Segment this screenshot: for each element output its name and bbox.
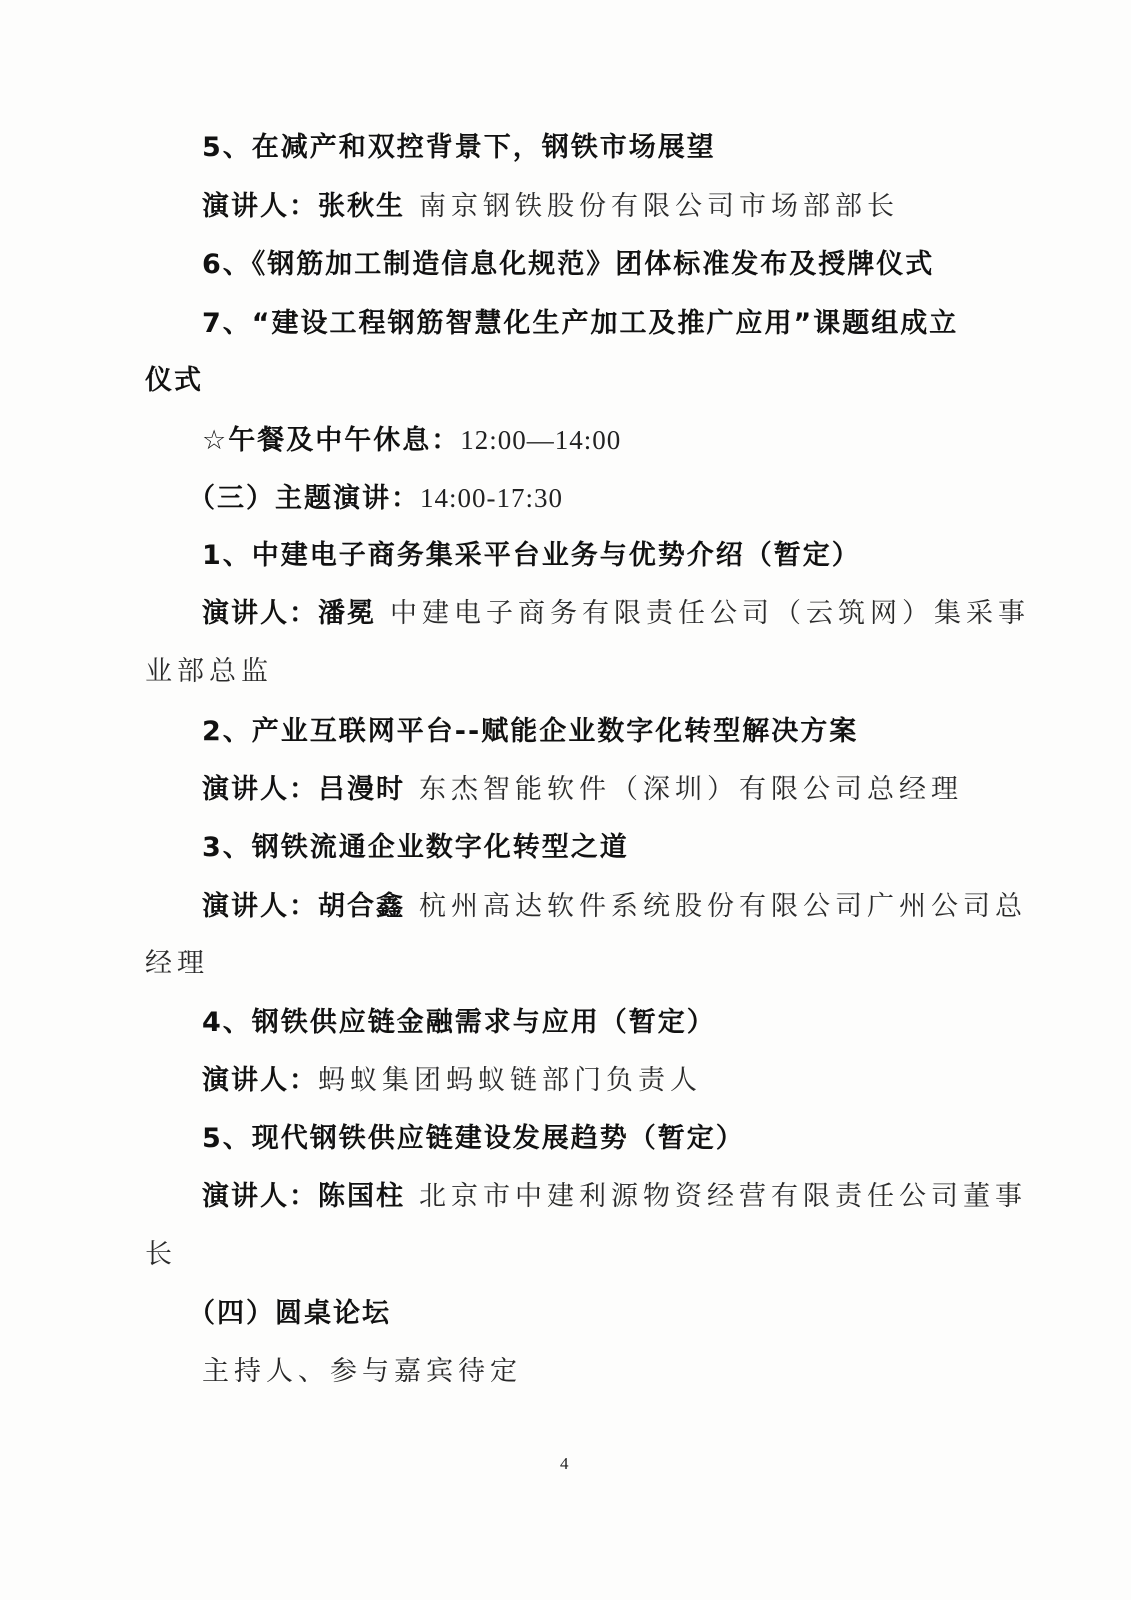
agenda-item-title: 5、现代钢铁供应链建设发展趋势（暂定）	[202, 1122, 745, 1156]
page-number: 4	[560, 1454, 569, 1474]
speaker-label: 演讲人：	[202, 1065, 318, 1096]
speaker-line: 演讲人：潘冕中建电子商务有限责任公司（云筑网）集采事	[202, 597, 1030, 631]
speaker-line: 演讲人：张秋生南京钢铁股份有限公司市场部部长	[202, 190, 899, 224]
speaker-label: 演讲人：	[202, 774, 318, 805]
section-four-heading: （四）圆桌论坛	[188, 1297, 391, 1331]
speaker-label: 演讲人：	[202, 891, 318, 922]
speaker-organization-continued: 经理	[145, 947, 209, 981]
speaker-name: 吕漫时	[318, 774, 405, 805]
section-heading-time: 14:00-17:30	[420, 483, 563, 513]
speaker-name: 胡合鑫	[318, 891, 405, 922]
speaker-name: 潘冕	[318, 598, 376, 629]
agenda-item-title: 6、《钢筋加工制造信息化规范》团体标准发布及授牌仪式	[202, 248, 934, 282]
document-page: 5、在减产和双控背景下，钢铁市场展望 演讲人：张秋生南京钢铁股份有限公司市场部部…	[0, 0, 1131, 1600]
agenda-item-title: 5、在减产和双控背景下，钢铁市场展望	[202, 131, 716, 165]
speaker-organization: 蚂蚁集团蚂蚁链部门负责人	[318, 1065, 702, 1096]
section-heading-label: （三）主题演讲：	[188, 483, 420, 514]
speaker-organization: 北京市中建利源物资经营有限责任公司董事	[419, 1181, 1027, 1212]
agenda-item-title: 4、钢铁供应链金融需求与应用（暂定）	[202, 1006, 716, 1040]
speaker-line: 演讲人：吕漫时东杰智能软件（深圳）有限公司总经理	[202, 773, 963, 807]
agenda-item-title: 1、中建电子商务集采平台业务与优势介绍（暂定）	[202, 539, 861, 573]
agenda-item-title-continued: 仪式	[145, 364, 203, 398]
speaker-name: 陈国柱	[318, 1181, 405, 1212]
lunch-break-label: ☆午餐及中午休息：	[202, 425, 460, 456]
lunch-break-line: ☆午餐及中午休息：12:00—14:00	[202, 423, 621, 458]
speaker-organization-continued: 业部总监	[145, 655, 273, 689]
speaker-label: 演讲人：	[202, 598, 318, 629]
agenda-item-title: 7、“建设工程钢筋智慧化生产加工及推广应用”课题组成立	[202, 307, 958, 341]
speaker-organization: 杭州高达软件系统股份有限公司广州公司总	[419, 891, 1027, 922]
speaker-organization-continued: 长	[145, 1238, 177, 1272]
speaker-organization: 南京钢铁股份有限公司市场部部长	[419, 191, 899, 222]
agenda-item-title: 3、钢铁流通企业数字化转型之道	[202, 831, 629, 865]
speaker-organization: 东杰智能软件（深圳）有限公司总经理	[419, 774, 963, 805]
speaker-organization: 中建电子商务有限责任公司（云筑网）集采事	[390, 598, 1030, 629]
section-four-body: 主持人、参与嘉宾待定	[202, 1355, 522, 1389]
section-three-heading: （三）主题演讲：14:00-17:30	[188, 481, 563, 516]
speaker-label: 演讲人：	[202, 191, 318, 222]
speaker-line: 演讲人：胡合鑫杭州高达软件系统股份有限公司广州公司总	[202, 890, 1027, 924]
speaker-label: 演讲人：	[202, 1181, 318, 1212]
lunch-break-time: 12:00—14:00	[460, 425, 621, 455]
agenda-item-title: 2、产业互联网平台--赋能企业数字化转型解决方案	[202, 715, 858, 749]
speaker-line: 演讲人：陈国柱北京市中建利源物资经营有限责任公司董事	[202, 1180, 1027, 1214]
speaker-line: 演讲人：蚂蚁集团蚂蚁链部门负责人	[202, 1064, 702, 1098]
speaker-name: 张秋生	[318, 191, 405, 222]
